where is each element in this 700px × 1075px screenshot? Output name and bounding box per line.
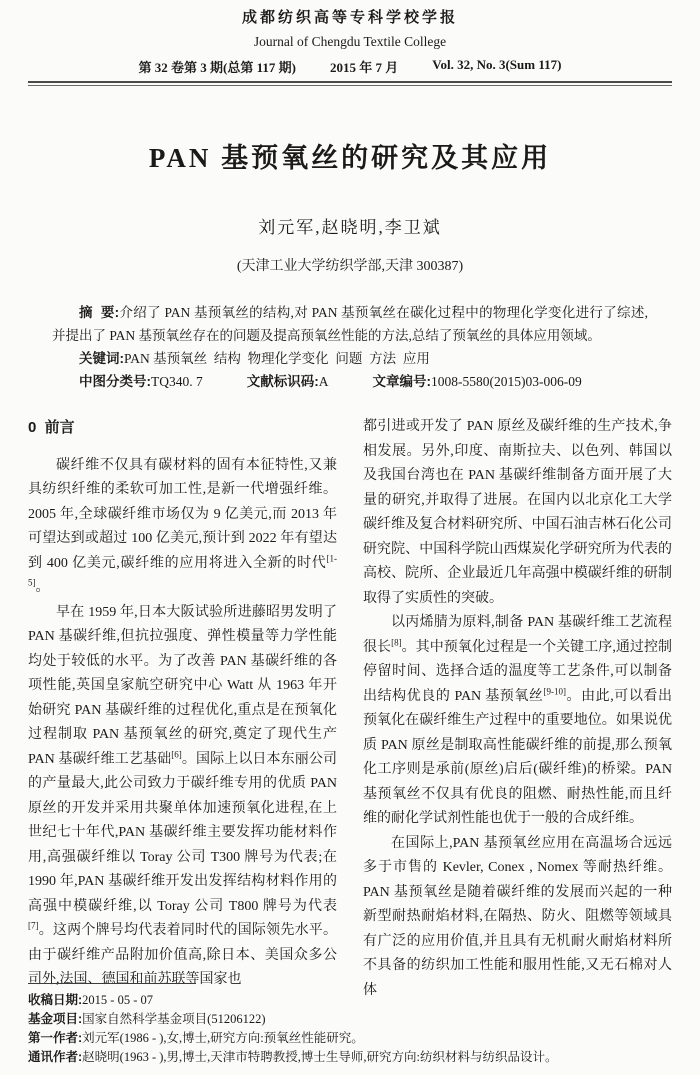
footnote-label: 基金项目:: [28, 1012, 82, 1026]
issue-volume-en: Vol. 32, No. 3(Sum 117): [432, 57, 561, 76]
footnote-line: 通讯作者:赵晓明(1963 - ),男,博士,天津市特聘教授,博士生导师,研究方…: [28, 1048, 672, 1067]
abstract-text: 介绍了 PAN 基预氧丝的结构,对 PAN 基预氧丝在碳化过程中的物理化学变化进…: [52, 305, 648, 343]
issue-volume-cn: 第 32 卷第 3 期(总第 117 期): [139, 57, 296, 76]
paragraph: 早在 1959 年,日本大阪试验所进藤昭男发明了 PAN 基碳纤维,但抗拉强度、…: [28, 601, 337, 993]
body-columns: 0 前言 碳纤维不仅具有碳材料的固有本征特性,又兼具纺织纤维的柔软可加工性,是新…: [28, 415, 672, 1003]
keywords-label: 关键词:: [79, 351, 124, 366]
footnote-label: 第一作者:: [28, 1031, 82, 1045]
footnote-line: 基金项目:国家自然科学基金项目(51206122): [28, 1010, 672, 1029]
keywords-line: 关键词:PAN 基预氧丝 结构 物理化学变化 问题 方法 应用: [52, 347, 648, 370]
article-title: PAN 基预氧丝的研究及其应用: [28, 136, 672, 175]
abstract-label: 摘 要:: [79, 305, 119, 320]
journal-header: 成都纺织高等专科学校学报 Journal of Chengdu Textile …: [28, 6, 672, 86]
doc-code-pair: 文献标识码:A: [247, 370, 329, 393]
footnote-text: 2015 - 05 - 07: [82, 993, 153, 1007]
issue-line: 第 32 卷第 3 期(总第 117 期) 2015 年 7 月 Vol. 32…: [28, 57, 672, 76]
section-heading-intro: 0 前言: [28, 416, 337, 441]
paragraph: 碳纤维不仅具有碳材料的固有本征特性,又兼具纺织纤维的柔软可加工性,是新一代增强纤…: [28, 454, 337, 601]
journal-title-cn: 成都纺织高等专科学校学报: [28, 6, 672, 27]
abstract-block: 摘 要:介绍了 PAN 基预氧丝的结构,对 PAN 基预氧丝在碳化过程中的物理化…: [28, 301, 672, 393]
footnote-label: 收稿日期:: [28, 993, 82, 1007]
clc-pair: 中图分类号:TQ340. 7: [79, 370, 203, 393]
footnote-text: 赵晓明(1963 - ),男,博士,天津市特聘教授,博士生导师,研究方向:纺织材…: [82, 1050, 557, 1064]
header-double-rule: [28, 81, 672, 86]
footnote-divider: [28, 983, 196, 984]
footnote-text: 刘元军(1986 - ),女,博士,研究方向:预氧丝性能研究。: [82, 1031, 364, 1045]
journal-title-en: Journal of Chengdu Textile College: [28, 34, 672, 50]
article-affiliation: (天津工业大学纺织学部,天津 300387): [28, 255, 672, 275]
footnote-label: 通讯作者:: [28, 1050, 82, 1064]
clc-value: TQ340. 7: [151, 374, 203, 389]
left-column: 0 前言 碳纤维不仅具有碳材料的固有本征特性,又兼具纺织纤维的柔软可加工性,是新…: [28, 415, 337, 1003]
keywords-text: PAN 基预氧丝 结构 物理化学变化 问题 方法 应用: [124, 351, 430, 366]
paragraph: 都引进或开发了 PAN 原丝及碳纤维的生产技术,争相发展。另外,印度、南斯拉夫、…: [363, 415, 672, 611]
footnote-text: 国家自然科学基金项目(51206122): [82, 1012, 265, 1026]
clc-label: 中图分类号:: [79, 374, 151, 389]
abstract-paragraph: 摘 要:介绍了 PAN 基预氧丝的结构,对 PAN 基预氧丝在碳化过程中的物理化…: [52, 301, 648, 347]
article-id-pair: 文章编号:1008-5580(2015)03-006-09: [373, 370, 582, 393]
right-column: 都引进或开发了 PAN 原丝及碳纤维的生产技术,争相发展。另外,印度、南斯拉夫、…: [363, 415, 672, 1003]
doc-code-label: 文献标识码:: [247, 374, 319, 389]
article-id-label: 文章编号:: [373, 374, 432, 389]
paragraph: 以丙烯腈为原料,制备 PAN 基碳纤维工艺流程很长[8]。其中预氧化过程是一个关…: [363, 611, 672, 832]
issue-date: 2015 年 7 月: [330, 57, 398, 76]
doc-code-value: A: [319, 374, 329, 389]
right-column-paragraphs: 都引进或开发了 PAN 原丝及碳纤维的生产技术,争相发展。另外,印度、南斯拉夫、…: [363, 415, 672, 1003]
journal-page: 成都纺织高等专科学校学报 Journal of Chengdu Textile …: [0, 0, 700, 1075]
footnote-lines: 收稿日期:2015 - 05 - 07基金项目:国家自然科学基金项目(51206…: [28, 991, 672, 1067]
footnote-line: 第一作者:刘元军(1986 - ),女,博士,研究方向:预氧丝性能研究。: [28, 1029, 672, 1048]
left-column-paragraphs: 碳纤维不仅具有碳材料的固有本征特性,又兼具纺织纤维的柔软可加工性,是新一代增强纤…: [28, 454, 337, 993]
article-id-value: 1008-5580(2015)03-006-09: [431, 374, 582, 389]
article-authors: 刘元军,赵晓明,李卫斌: [28, 213, 672, 238]
paragraph: 在国际上,PAN 基预氧丝应用在高温场合远远多于市售的 Kevler, Cone…: [363, 832, 672, 1004]
footnote-line: 收稿日期:2015 - 05 - 07: [28, 991, 672, 1010]
footnote-block: 收稿日期:2015 - 05 - 07基金项目:国家自然科学基金项目(51206…: [28, 983, 672, 1067]
classification-line: 中图分类号:TQ340. 7 文献标识码:A 文章编号:1008-5580(20…: [52, 370, 648, 393]
